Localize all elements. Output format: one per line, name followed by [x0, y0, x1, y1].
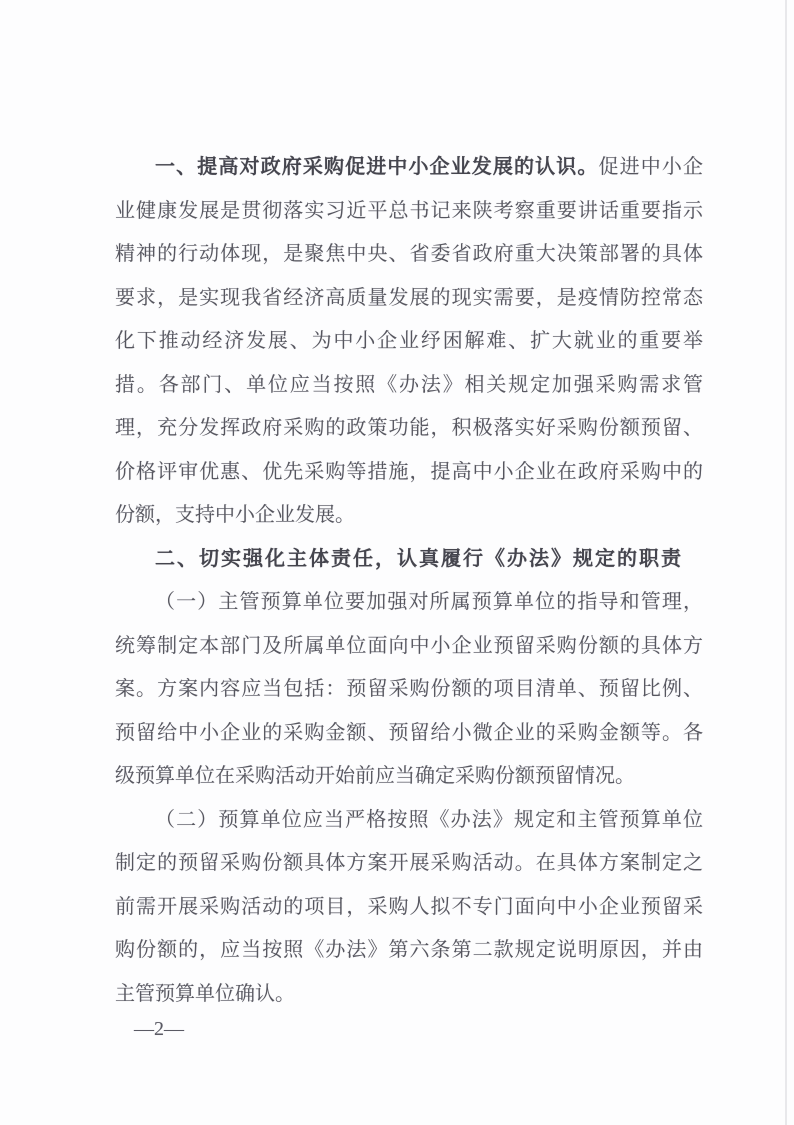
paragraph-1-line: 措。各部门、单位应当按照《办法》相关规定加强采购需求管 — [115, 364, 703, 408]
paragraph-2-line: 统筹制定本部门及所属单位面向中小企业预留采购份额的具体方 — [115, 625, 703, 669]
paragraph-3-line: （二）预算单位应当严格按照《办法》规定和主管预算单位 — [115, 799, 703, 843]
paragraph-1-line: 理，充分发挥政府采购的政策功能，积极落实好采购份额预留、 — [115, 407, 703, 451]
paragraph-3-line: 制定的预留采购份额具体方案开展采购活动。在具体方案制定之 — [115, 842, 703, 886]
paragraph-2-line: 案。方案内容应当包括：预留采购份额的项目清单、预留比例、 — [115, 668, 703, 712]
section-1-heading: 一、提高对政府采购促进中小企业发展的认识。 — [155, 156, 599, 178]
paragraph-2-line: （一）主管预算单位要加强对所属预算单位的指导和管理， — [115, 581, 703, 625]
paragraph-1-line: 份额，支持中小企业发展。 — [115, 494, 703, 538]
paragraph-1-line: 一、提高对政府采购促进中小企业发展的认识。促进中小企 — [115, 146, 703, 190]
section-2-heading: 二、切实强化主体责任，认真履行《办法》规定的职责 — [115, 538, 703, 582]
scan-edge-artifact — [785, 0, 787, 1125]
document-body: 一、提高对政府采购促进中小企业发展的认识。促进中小企 业健康发展是贯彻落实习近平… — [115, 146, 703, 1016]
paragraph-3-line: 前需开展采购活动的项目，采购人拟不专门面向中小企业预留采 — [115, 886, 703, 930]
paragraph-3-line: 购份额的，应当按照《办法》第六条第二款规定说明原因，并由 — [115, 929, 703, 973]
paragraph-1-line: 化下推动经济发展、为中小企业纾困解难、扩大就业的重要举 — [115, 320, 703, 364]
paragraph-1-line: 要求，是实现我省经济高质量发展的现实需要，是疫情防控常态 — [115, 277, 703, 321]
paragraph-1-line: 业健康发展是贯彻落实习近平总书记来陕考察重要讲话重要指示 — [115, 190, 703, 234]
paragraph-2-line: 级预算单位在采购活动开始前应当确定采购份额预留情况。 — [115, 755, 703, 799]
paragraph-2-line: 预留给中小企业的采购金额、预留给小微企业的采购金额等。各 — [115, 712, 703, 756]
paragraph-1-line: 价格评审优惠、优先采购等措施，提高中小企业在政府采购中的 — [115, 451, 703, 495]
paragraph-1-line: 精神的行动体现，是聚焦中央、省委省政府重大决策部署的具体 — [115, 233, 703, 277]
paragraph-3-line: 主管预算单位确认。 — [115, 973, 703, 1017]
page-number: —2— — [134, 1014, 184, 1044]
scanned-document-page: 一、提高对政府采购促进中小企业发展的认识。促进中小企 业健康发展是贯彻落实习近平… — [0, 0, 794, 1125]
body-text: 促进中小企 — [599, 156, 703, 178]
